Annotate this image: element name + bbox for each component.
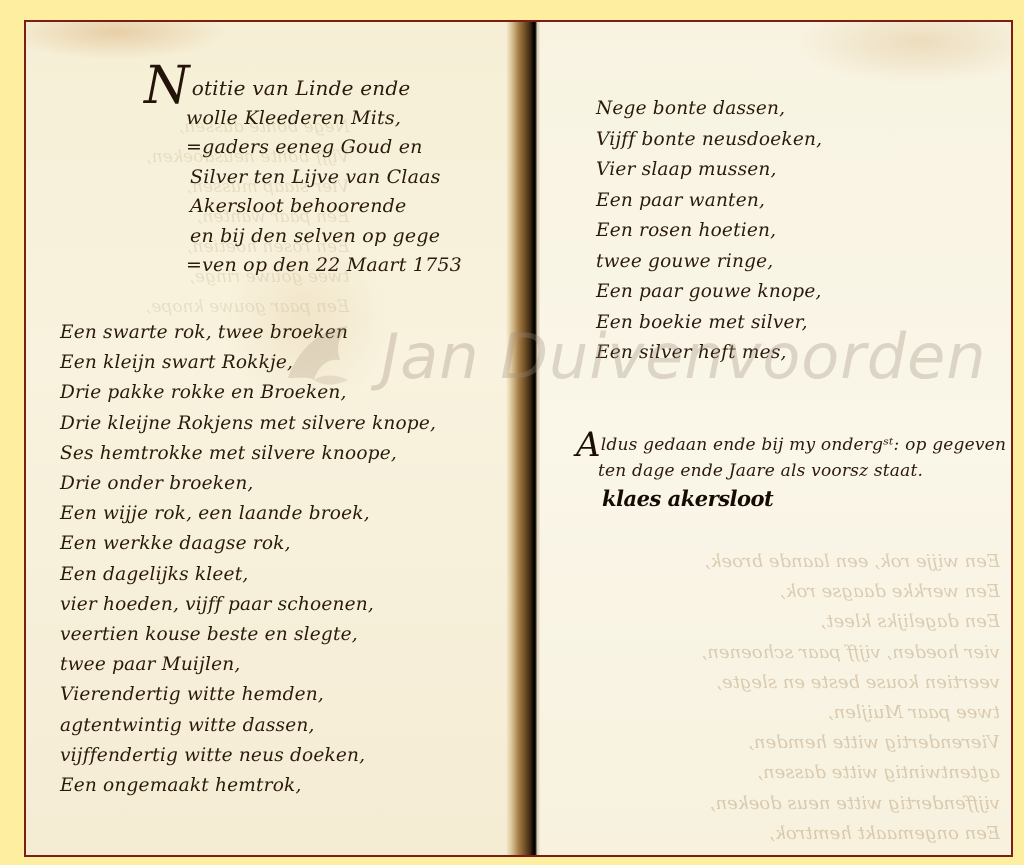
title-line: Notitie van Linde ende	[144, 74, 504, 104]
inventory-item: vier hoeden, vijff paar schoenen,	[60, 590, 436, 620]
inventory-item: veertien kouse beste en slegte,	[60, 620, 436, 650]
title-line: wolle Kleederen Mits,	[144, 104, 504, 134]
inventory-item: Drie kleijne Rokjens met silvere knope,	[60, 409, 436, 439]
inventory-item: Een kleijn swart Rokkje,	[60, 348, 436, 378]
inventory-item: Een rosen hoetien,	[596, 216, 822, 247]
inventory-item: Een dagelijks kleet,	[60, 560, 436, 590]
title-drop-cap: N	[144, 56, 190, 116]
inventory-item: Een ongemaakt hemtrok,	[60, 771, 436, 801]
closing-line: Aldus gedaan ende bij my ondergˢᵗ: op ge…	[576, 432, 1006, 458]
inventory-item: agtentwintig witte dassen,	[60, 711, 436, 741]
document-frame: Nege bonte dassen, Vijff bonte neusdoeke…	[24, 20, 1013, 857]
inventory-item: Vijff bonte neusdoeken,	[596, 125, 822, 156]
title-line: en bij den selven op gege	[144, 222, 504, 252]
title-line: =gaders eeneg Goud en	[144, 133, 504, 163]
inventory-item: Vier slaap mussen,	[596, 155, 822, 186]
inventory-item: Drie pakke rokke en Broeken,	[60, 378, 436, 408]
inventory-item: Vierendertig witte hemden,	[60, 680, 436, 710]
inventory-item: Een swarte rok, twee broeken	[60, 318, 436, 348]
inventory-item: Een paar wanten,	[596, 186, 822, 217]
inventory-item: vijffendertig witte neus doeken,	[60, 741, 436, 771]
inventory-item: Een paar gouwe knope,	[596, 277, 822, 308]
inventory-item: twee gouwe ringe,	[596, 247, 822, 278]
book-spine-gutter	[506, 22, 540, 855]
offset-mirror-text: Een wijje rok, een laande broek, Een wer…	[580, 547, 1000, 849]
left-page: Nege bonte dassen, Vijff bonte neusdoeke…	[26, 22, 516, 855]
dove-logo-icon	[278, 318, 368, 398]
inventory-item: Een werkke daagse rok,	[60, 529, 436, 559]
inventory-item: Drie onder broeken,	[60, 469, 436, 499]
title-line: Silver ten Lijve van Claas	[144, 163, 504, 193]
closing-statement: Aldus gedaan ende bij my ondergˢᵗ: op ge…	[576, 432, 1006, 514]
inventory-list-left: Een swarte rok, twee broeken Een kleijn …	[60, 318, 436, 801]
watermark-text: Jan Duivenvoorden	[381, 320, 987, 393]
inventory-item: Ses hemtrokke met silvere knoope,	[60, 439, 436, 469]
title-line: Akersloot behoorende	[144, 192, 504, 222]
title-line: =ven op den 22 Maart 1753	[144, 251, 504, 281]
closing-line: ten dage ende Jaare als voorsz staat.	[576, 458, 1006, 484]
document-title: Notitie van Linde ende wolle Kleederen M…	[144, 74, 504, 281]
signature: klaes akersloot	[576, 484, 1006, 514]
right-page: Een wijje rok, een laande broek, Een wer…	[540, 22, 1011, 855]
inventory-item: Een wijje rok, een laande broek,	[60, 499, 436, 529]
inventory-item: Nege bonte dassen,	[596, 94, 822, 125]
inventory-item: twee paar Muijlen,	[60, 650, 436, 680]
